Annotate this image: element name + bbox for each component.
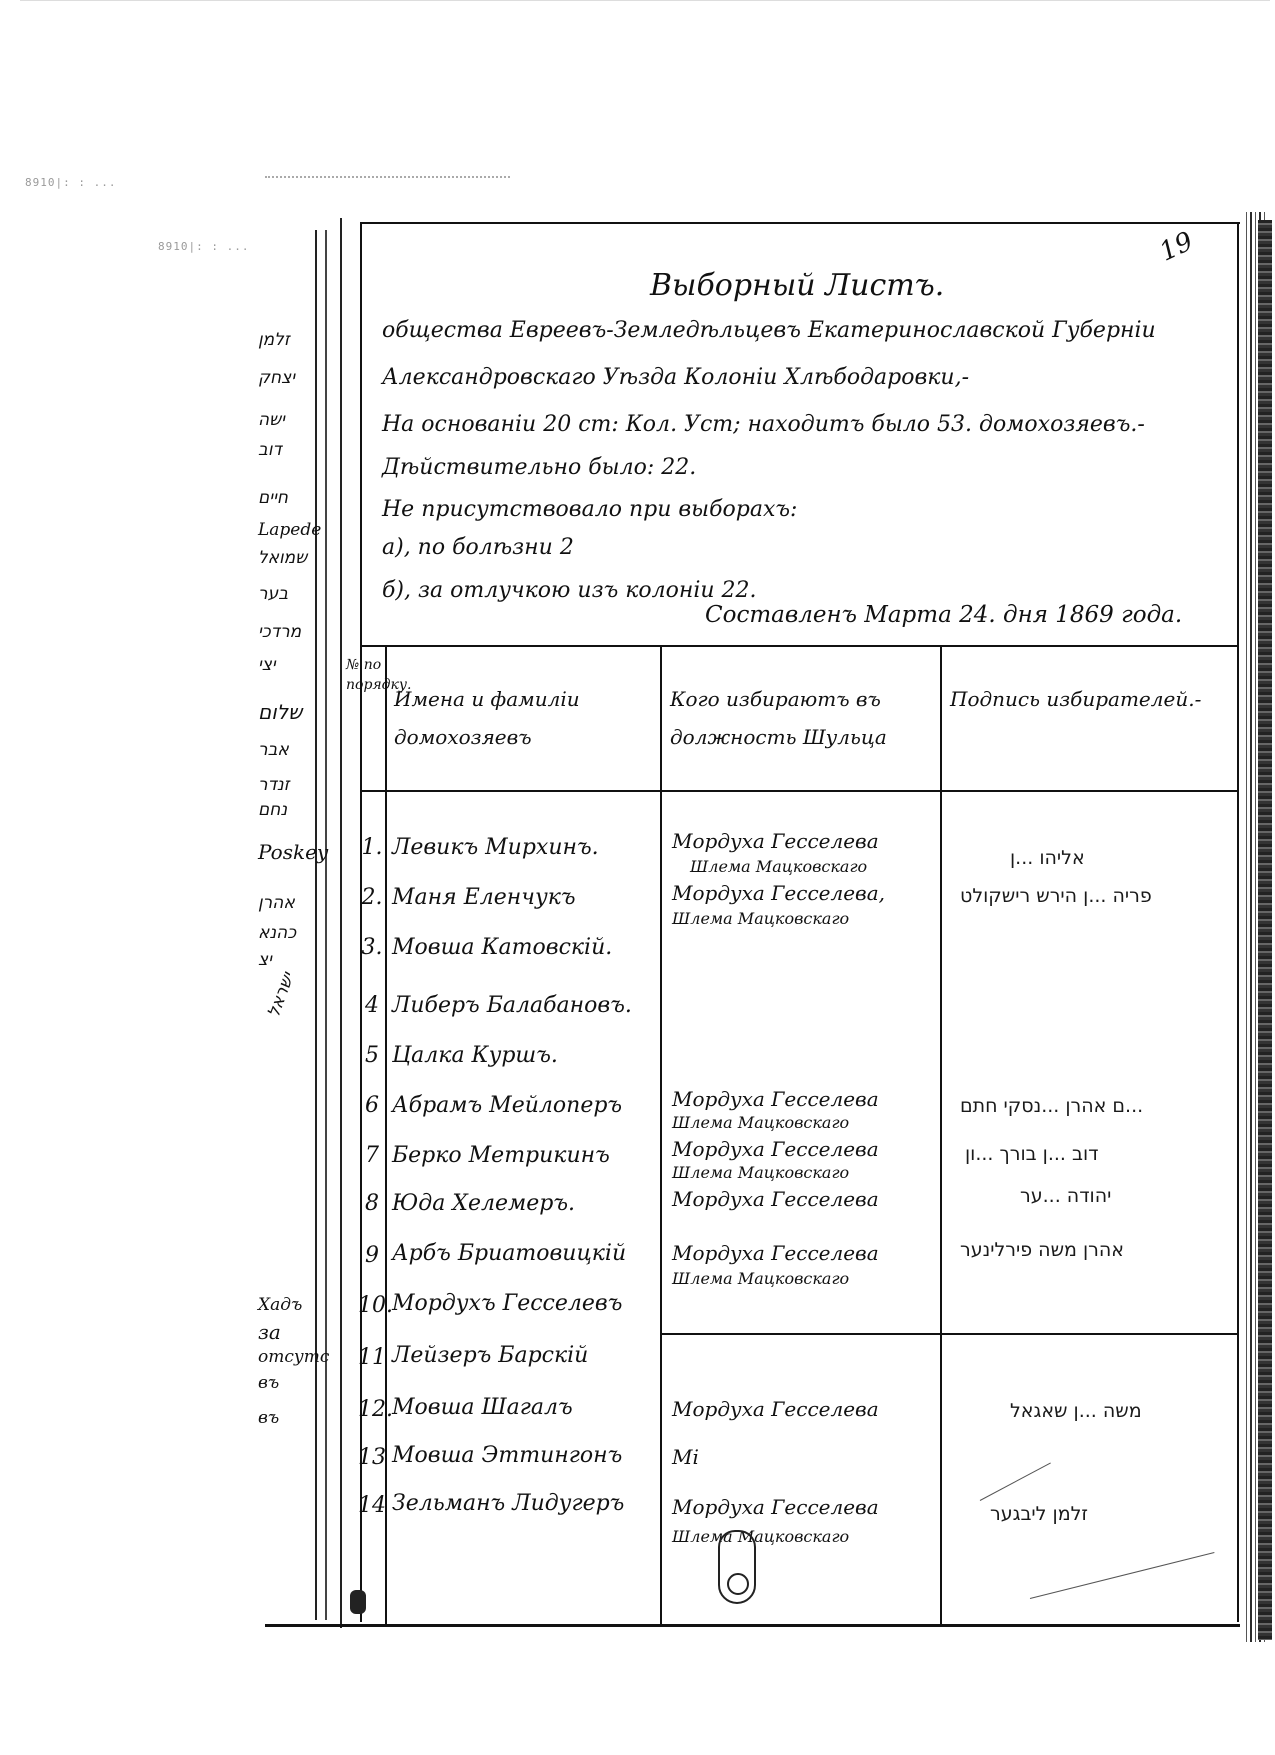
elected-candidate-2: Шлема Мацковскаго [672,1111,849,1135]
scan-edge [20,0,1270,1]
margin-note: נחם [258,800,287,820]
elected-candidate: Мордуха Гесселева [672,1087,879,1111]
householder-name: Абрамъ Мейлоперъ [392,1093,622,1118]
scanner-mark: 8910|: : ... [25,176,116,189]
header-line-householders: На основаніи 20 ст: Кол. Уст; находитъ б… [382,412,1145,437]
row-number: 6 [358,1093,386,1118]
margin-note: отсутс [258,1347,329,1367]
margin-note: זנדר [258,775,290,795]
row-number: 2. [358,885,386,910]
elected-candidate: Мордуха Гесселева [672,1187,879,1211]
householder-name: Лейзеръ Барскій [392,1343,588,1368]
margin-note: ישראל [264,970,299,1021]
paperclip-loop [727,1573,749,1595]
householder-name: Зельманъ Лидугеръ [392,1491,624,1516]
column-divider [660,645,662,1625]
margin-note: за [258,1320,281,1344]
column-divider [385,645,387,1625]
elected-candidate-2: Шлема Мацковскаго [672,907,849,931]
margin-note: מרדכי [258,622,301,642]
row-number: 9 [358,1243,386,1268]
margin-note: דוב [258,440,282,460]
page-border-left [340,218,342,1628]
voter-signature: דוב ...ן בורך ...ון [965,1143,1099,1165]
row-number: 12. [358,1397,386,1422]
row-number: 14 [358,1493,386,1518]
householder-name: Левикъ Мирхинъ. [392,835,599,860]
row-number: 1. [358,835,386,860]
margin-note: Хадъ [258,1295,302,1315]
page-border-top [360,222,1240,224]
elected-candidate: Мордуха Гесселева [672,1397,879,1421]
margin-note: שלום [258,700,302,724]
householder-name: Мовша Катовскій. [392,935,612,960]
row-number: 8 [358,1191,386,1216]
householder-name: Либеръ Балабановъ. [392,993,632,1018]
header-line-sick: а), по болѣзни 2 [382,535,574,560]
margin-rule [325,230,327,1620]
table-row-divider [660,1333,1239,1335]
householder-name: Арбъ Бриатовицкій [392,1241,626,1266]
document-title: Выборный Листъ. [650,268,944,303]
row-number: 3. [358,935,386,960]
margin-note: Poskey [258,840,328,864]
margin-note: יצי [258,655,276,675]
elected-candidate-2: Шлема Мацковскаго [672,1267,849,1291]
header-line-society: общества Евреевъ-Земледѣльцевъ Екатерино… [382,318,1156,343]
householder-name: Берко Метрикинъ [392,1143,610,1168]
voter-signature: זלמן ליבגער [990,1503,1088,1525]
voter-signature: פריה ...ן הירש רישקולט [960,885,1152,907]
elected-candidate: Мордуха Гесселева, [672,881,885,905]
row-number: 4 [358,993,386,1018]
column-header-elected: Кого избираютъ въ должность Шульца [670,680,936,756]
voter-signature: ...ם אהרן ...נסקי חתם [960,1095,1143,1117]
householder-name: Цалка Куршъ. [392,1043,558,1068]
header-line-present: Дѣйствительно было: 22. [382,455,696,480]
column-header-number: № по порядку. [346,655,384,695]
voter-signature: יהודה ...ער [1020,1185,1111,1207]
column-header-names: Имена и фамиліи домохозяевъ [394,680,654,756]
elected-candidate-2: Мі [672,1445,699,1469]
column-header-signatures: Подпись избирателей.- [950,680,1230,718]
margin-note: אהרן [258,893,295,913]
margin-note: שמואל [258,548,307,568]
header-line-district: Александровскаго Уѣзда Колоніи Хлѣбодаро… [382,365,969,390]
voter-signature: משה ...ן שאגאל [1010,1400,1142,1422]
voter-signature: אהרן משה פירלינער [960,1239,1124,1261]
margin-note: יצחק [258,368,295,388]
margin-note: זלמן [258,330,290,350]
row-number: 10. [358,1293,386,1318]
ink-blot [350,1590,366,1614]
margin-note: въ [258,1408,279,1428]
compiled-date: Составленъ Марта 24. дня 1869 года. [705,602,1182,628]
book-binding-edge [1258,220,1272,1640]
margin-note: חיים [258,488,288,508]
margin-note: ישה [258,410,285,430]
householder-name: Мордухъ Гесселевъ [392,1291,622,1316]
row-number: 13 [358,1445,386,1470]
voter-signature: אליהו ...ן [1010,847,1085,869]
margin-note: Lapede [258,520,321,540]
row-number: 11 [358,1345,386,1370]
scanner-mark: 8910|: : ... [158,240,249,253]
header-line-absent: Не присутствовало при выборахъ: [382,497,797,522]
table-border-top [360,645,1239,647]
margin-rule [315,230,317,1620]
election-table: № по порядку. Имена и фамиліи домохозяев… [360,645,1239,1625]
margin-note: אבר [258,740,289,760]
column-divider [940,645,942,1625]
householder-name: Мовша Эттингонъ [392,1443,622,1468]
margin-note: בער [258,584,288,604]
row-number: 7 [358,1143,386,1168]
householder-name: Маня Еленчукъ [392,885,576,910]
elected-candidate-2: Шлема Мацковскаго [672,1161,849,1185]
row-number: 5 [358,1043,386,1068]
scan-dots [265,176,510,178]
elected-candidate: Мордуха Гесселева [672,829,879,853]
elected-candidate: Мордуха Гесселева [672,1241,879,1265]
table-header-divider [360,790,1239,792]
elected-candidate: Мордуха Гесселева [672,1495,879,1519]
elected-candidate-2: Шлема Мацковскаго [690,855,867,879]
elected-candidate-2: Шлема Мацковскаго [672,1525,849,1549]
header-line-away: б), за отлучкою изъ колоніи 22. [382,578,757,603]
householder-name: Мовша Шагалъ [392,1395,573,1420]
margin-note: יצ [258,950,272,970]
margin-note: въ [258,1373,279,1393]
margin-note: כהנא [258,923,296,943]
householder-name: Юда Хелемеръ. [392,1191,575,1216]
page-number: 19 [1155,226,1198,267]
elected-candidate: Мордуха Гесселева [672,1137,879,1161]
